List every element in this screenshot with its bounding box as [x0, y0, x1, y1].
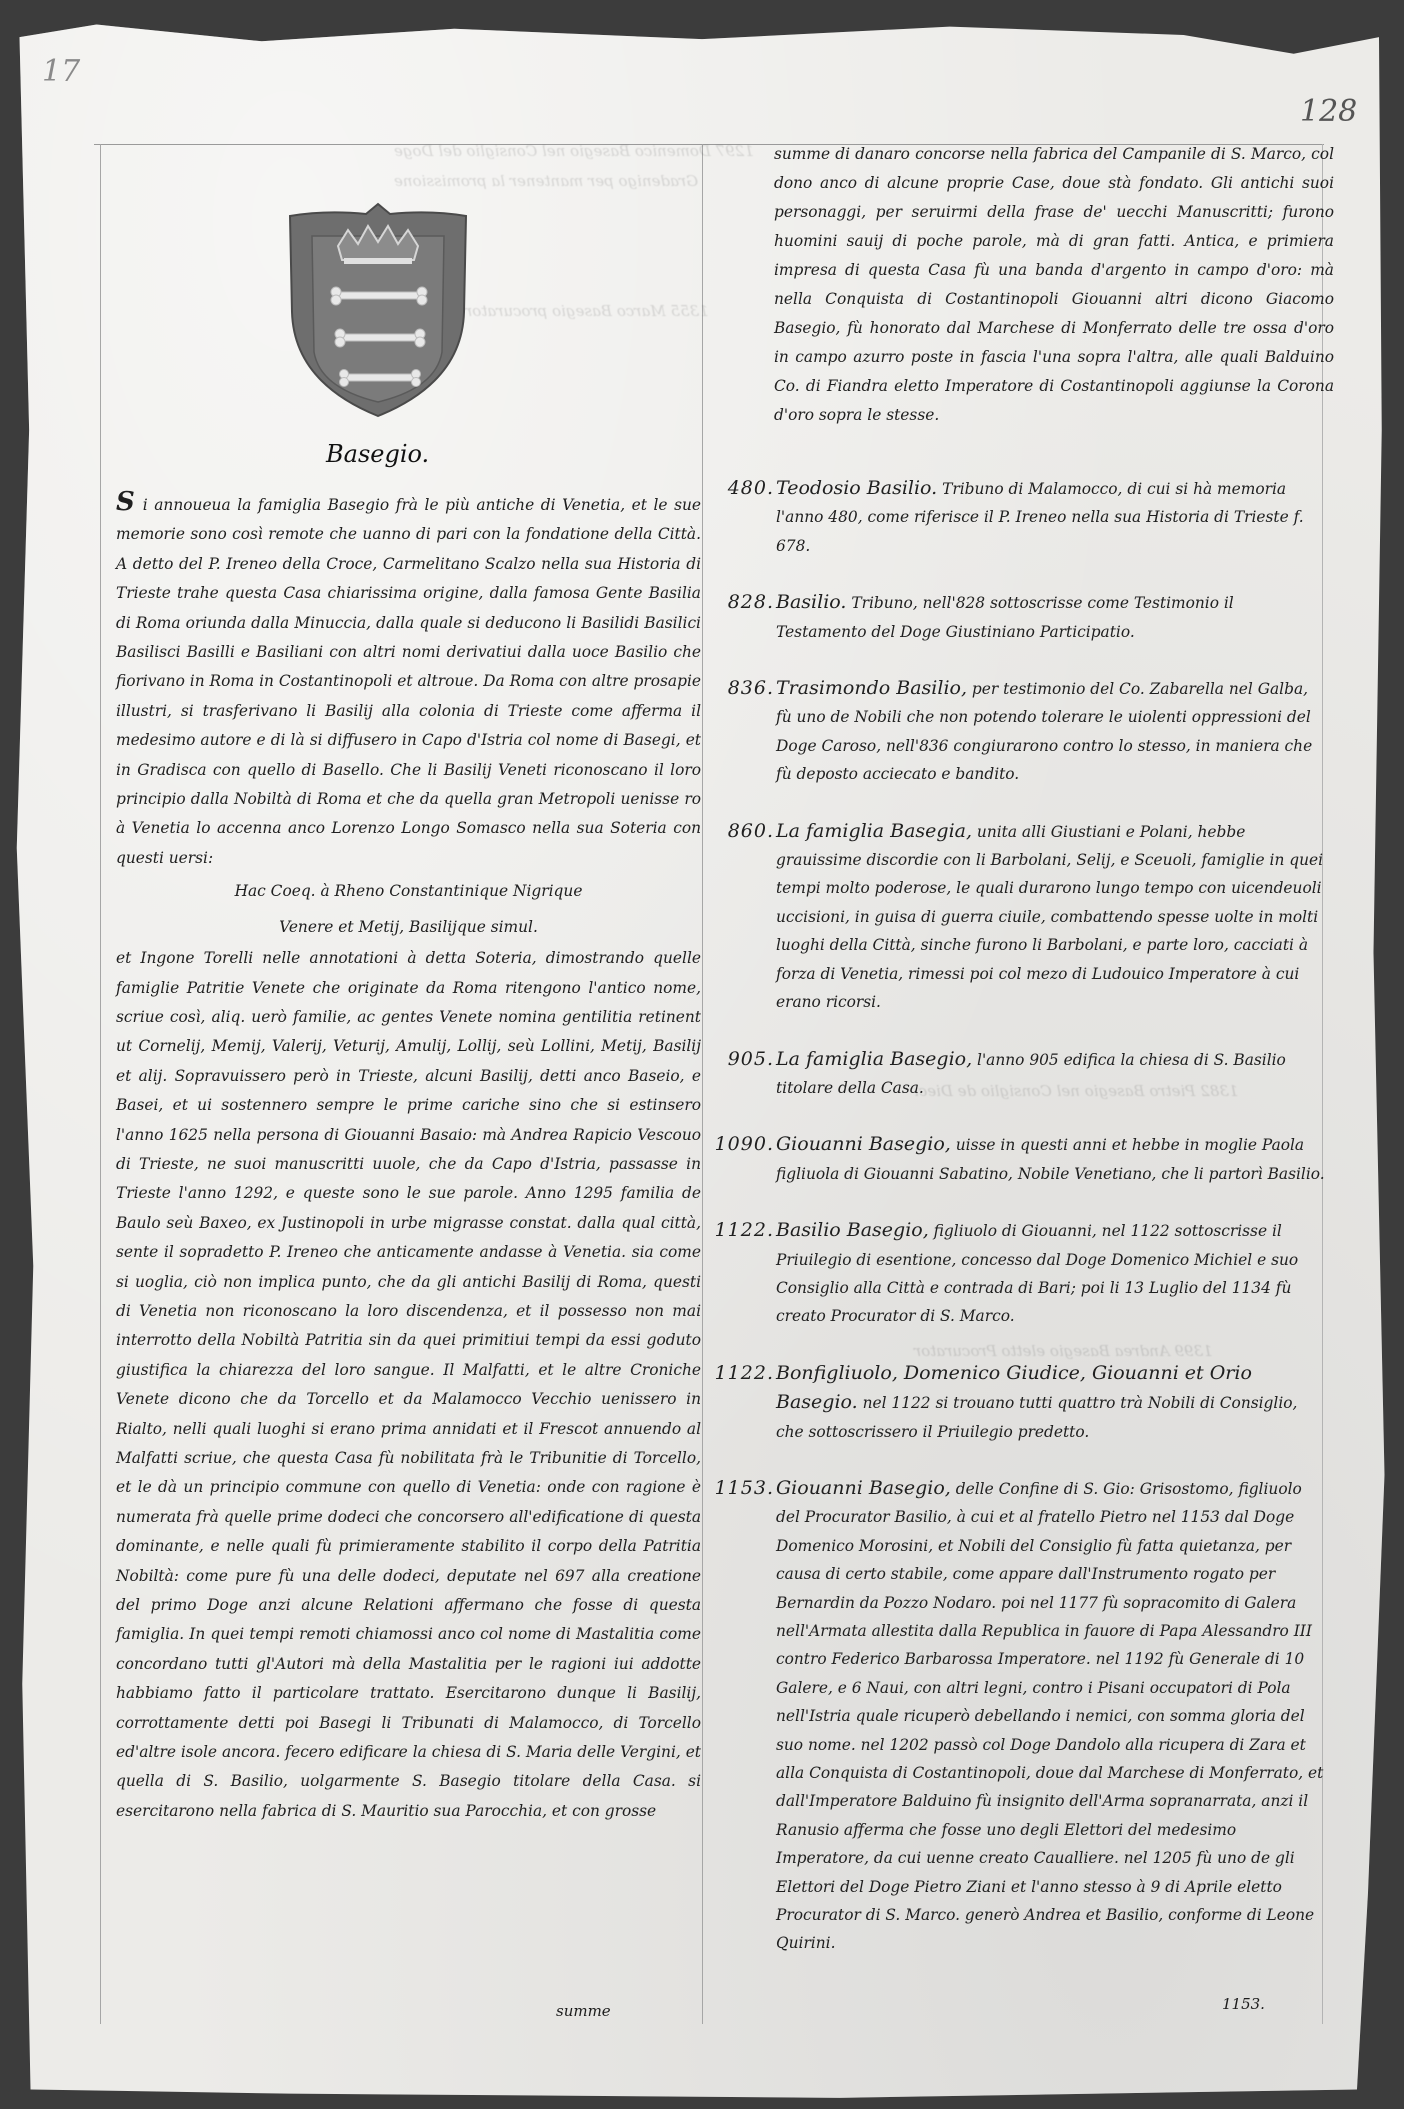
chronology-entry: 860. La famiglia Basegia, unita alli Giu… [698, 817, 1328, 1017]
entry-name: Giouanni Basegio, [776, 1477, 951, 1499]
latin-verse-line-1: Hac Coeq. à Rheno Constantinique Nigriqu… [116, 873, 701, 908]
entry-year: 836. [698, 674, 774, 702]
catchword-left: summe [556, 2002, 611, 2020]
second-paragraph: et Ingone Torelli nelle annotationi à de… [116, 944, 701, 1826]
chronology-entry: 1122. Bonfigliuolo, Domenico Giudice, Gi… [698, 1359, 1328, 1446]
entry-year: 1153. [698, 1474, 774, 1502]
bleed-through-text: Gradenigo per mantener la promissione [394, 172, 698, 190]
catchword-right: 1153. [1222, 1995, 1265, 2013]
entry-name: La famiglia Basegia, [776, 820, 972, 842]
entry-year: 860. [698, 817, 774, 845]
entry-year: 1122. [698, 1359, 774, 1387]
chronology-entry: 828. Basilio. Tribuno, nell'828 sottoscr… [698, 588, 1328, 646]
entry-year: 1122. [698, 1216, 774, 1244]
folio-number-left: 17 [42, 54, 80, 89]
entry-name: La famiglia Basegio, [776, 1048, 972, 1070]
coat-of-arms-icon [286, 202, 470, 420]
bleed-through-text: 1297 Domenico Basegio nel Consiglio del … [394, 142, 754, 160]
entry-year: 1090. [698, 1130, 774, 1158]
chronology-entry: 1090. Giouanni Basegio, uisse in questi … [698, 1130, 1328, 1188]
opening-paragraph-text: i annoueua la famiglia Basegio frà le pi… [116, 496, 701, 867]
lead-letter: S [116, 487, 135, 517]
manuscript-page: 1297 Domenico Basegio nel Consiglio del … [14, 12, 1390, 2102]
left-margin-rule [100, 144, 101, 2024]
family-name-heading: Basegio. [326, 440, 429, 468]
opening-paragraph: Si annoueua la famiglia Basegio frà le p… [116, 488, 701, 873]
chronology-list: 480. Teodosio Basilio. Tribuno di Malamo… [698, 474, 1328, 1958]
left-column-narrative: Si annoueua la famiglia Basegio frà le p… [116, 488, 701, 1826]
entry-text: unita alli Giustiani e Polani, hebbe gra… [776, 823, 1323, 1011]
chronology-entry: 836. Trasimondo Basilio, per testimonio … [698, 674, 1328, 789]
chronology-entry: 480. Teodosio Basilio. Tribuno di Malamo… [698, 474, 1328, 560]
latin-verse-line-2: Venere et Metij, Basilijque simul. [116, 909, 701, 944]
continuation-paragraph: summe di danaro concorse nella fabrica d… [774, 140, 1334, 430]
chronology-entry: 905. La famiglia Basegio, l'anno 905 edi… [698, 1045, 1328, 1103]
chronology-entry: 1122. Basilio Basegio, figliuolo di Giou… [698, 1216, 1328, 1331]
entry-name: Basilio Basegio, [776, 1219, 929, 1241]
entry-name: Teodosio Basilio. [776, 477, 937, 499]
right-column-continuation: summe di danaro concorse nella fabrica d… [774, 140, 1334, 430]
folio-number-right: 128 [1300, 94, 1357, 129]
entry-name: Trasimondo Basilio, [776, 677, 967, 699]
chronology-entry: 1153. Giouanni Basegio, delle Confine di… [698, 1474, 1328, 1958]
entry-text: delle Confine di S. Gio: Grisostomo, fig… [776, 1480, 1323, 1953]
entry-name: Basilio. [776, 591, 846, 613]
entry-name: Giouanni Basegio, [776, 1133, 951, 1155]
entry-year: 828. [698, 588, 774, 616]
entry-year: 905. [698, 1045, 774, 1073]
entry-year: 480. [698, 474, 774, 502]
